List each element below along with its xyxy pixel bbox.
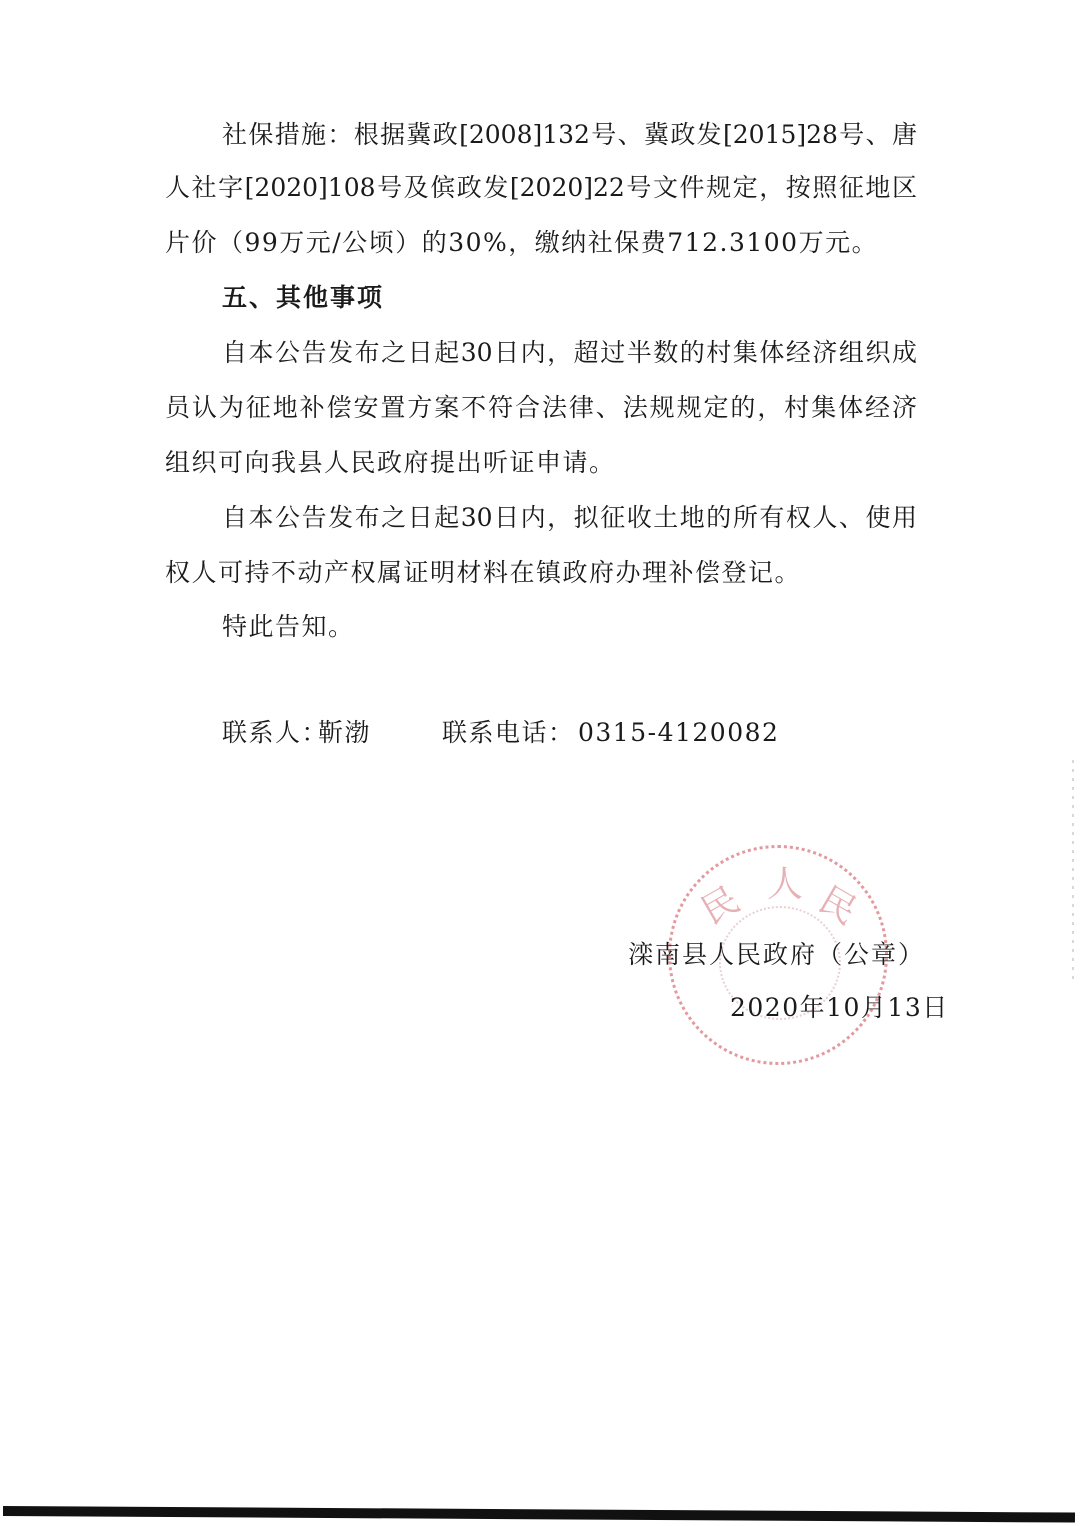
section-heading: 五、其他事项 [222,283,384,313]
closing-text: 特此告知。 [222,612,355,642]
social-security-line-3: 片价（99万元/公顷）的30%，缴纳社保费712.3100万元。 [165,228,878,258]
document-page: 社保措施：根据冀政[2008]132号、冀政发[2015]28号、唐 人社字[2… [0,0,1080,1526]
contact-person-name: 靳渤 [318,718,371,748]
issuer-signature: 滦南县人民政府（公章） [628,940,925,970]
contact-phone-label: 联系电话： [442,718,575,748]
contact-phone: 0315-4120082 [578,718,779,748]
social-security-line-1: 社保措施：根据冀政[2008]132号、冀政发[2015]28号、唐 [222,120,917,150]
contact-person-label: 联系人： [222,718,328,748]
paragraph2-line-2: 权人可持不动产权属证明材料在镇政府办理补偿登记。 [165,558,801,588]
scan-bottom-bar [3,1506,1075,1523]
social-security-line-2: 人社字[2020]108号及傧政发[2020]22号文件规定，按照征地区 [165,173,917,203]
paragraph1-line-3: 组织可向我县人民政府提出听证申请。 [165,448,616,478]
paragraph2-line-1: 自本公告发布之日起30日内，拟征收土地的所有权人、使用 [222,503,917,533]
paragraph1-line-2: 员认为征地补偿安置方案不符合法律、法规规定的，村集体经济 [165,393,917,423]
paragraph1-line-1: 自本公告发布之日起30日内，超过半数的村集体经济组织成 [222,338,917,368]
scan-edge-mark [1072,760,1074,980]
seal-char-top: 人 [767,856,803,907]
issue-date: 2020年10月13日 [730,993,949,1023]
